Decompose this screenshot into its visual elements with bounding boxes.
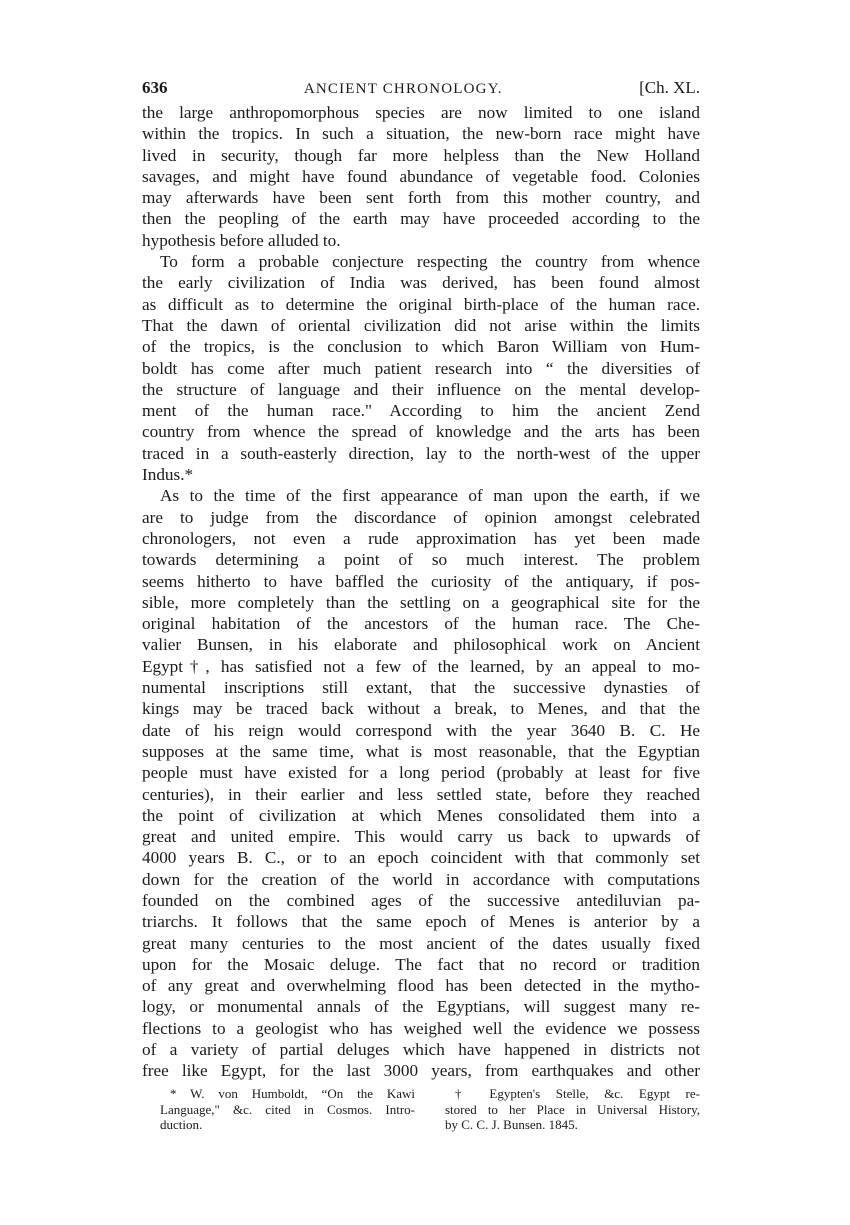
text-line: logy, or monumental annals of the Egypti… <box>142 996 700 1017</box>
footnote-line: stored to her Place in Universal History… <box>445 1102 700 1118</box>
text-line: Indus.* <box>142 464 700 485</box>
text-line: the point of civilization at which Menes… <box>142 805 700 826</box>
footnote-line: Language," &c. cited in Cosmos. Intro- <box>160 1102 415 1118</box>
text-line: of a variety of partial deluges which ha… <box>142 1039 700 1060</box>
body-text: the large anthropomorphous species are n… <box>142 102 700 1082</box>
text-line: seems hitherto to have baffled the curio… <box>142 571 700 592</box>
text-line: Egypt†, has satisfied not a few of the l… <box>142 656 700 677</box>
chapter-label: [Ch. XL. <box>639 78 700 98</box>
text-line: of any great and overwhelming flood has … <box>142 975 700 996</box>
text-line: are to judge from the discordance of opi… <box>142 507 700 528</box>
footnote-bunsen: † Egypten's Stelle, &c. Egypt re- stored… <box>445 1086 700 1133</box>
text-line: great many centuries to the most ancient… <box>142 933 700 954</box>
text-line: chronologers, not even a rude approximat… <box>142 528 700 549</box>
text-line: may afterwards have been sent forth from… <box>142 187 700 208</box>
text-line: ment of the human race." According to hi… <box>142 400 700 421</box>
text-line: sible, more completely than the settling… <box>142 592 700 613</box>
text-line: founded on the combined ages of the succ… <box>142 890 700 911</box>
text-line: boldt has come after much patient resear… <box>142 358 700 379</box>
text-line: the early civilization of India was deri… <box>142 272 700 293</box>
text-line: the structure of language and their infl… <box>142 379 700 400</box>
text-line: valier Bunsen, in his elaborate and phil… <box>142 634 700 655</box>
text-line: then the peopling of the earth may have … <box>142 208 700 229</box>
footnote-line: duction. <box>160 1117 415 1133</box>
text-line: the large anthropomorphous species are n… <box>142 102 700 123</box>
text-line: flections to a geologist who has weighed… <box>142 1018 700 1039</box>
text-line: kings may be traced back without a break… <box>142 698 700 719</box>
text-line: That the dawn of oriental civilization d… <box>142 315 700 336</box>
text-line: great and united empire. This would carr… <box>142 826 700 847</box>
footnote-humboldt: * W. von Humboldt, “On the Kawi Language… <box>160 1086 415 1133</box>
text-line: free like Egypt, for the last 3000 years… <box>142 1060 700 1081</box>
running-head-title: ANCIENT CHRONOLOGY. <box>304 81 503 98</box>
text-line: traced in a south-easterly direction, la… <box>142 443 700 464</box>
text-line: towards determining a point of so much i… <box>142 549 700 570</box>
text-line: of the tropics, is the conclusion to whi… <box>142 336 700 357</box>
footnote-line: * W. von Humboldt, “On the Kawi <box>160 1086 415 1102</box>
footnote-line: by C. C. J. Bunsen. 1845. <box>445 1117 700 1133</box>
text-line: supposes at the same time, what is most … <box>142 741 700 762</box>
text-line: 4000 years B. C., or to an epoch coincid… <box>142 847 700 868</box>
text-line: as difficult as to determine the origina… <box>142 294 700 315</box>
text-line: within the tropics. In such a situation,… <box>142 123 700 144</box>
text-line: down for the creation of the world in ac… <box>142 869 700 890</box>
text-line: centuries), in their earlier and less se… <box>142 784 700 805</box>
text-line: country from whence the spread of knowle… <box>142 421 700 442</box>
text-line: hypothesis before alluded to. <box>142 230 700 251</box>
text-line: people must have existed for a long peri… <box>142 762 700 783</box>
book-page: 636 ANCIENT CHRONOLOGY. [Ch. XL. the lar… <box>142 78 700 1082</box>
text-line: triarchs. It follows that the same epoch… <box>142 911 700 932</box>
text-line: numental inscriptions still extant, that… <box>142 677 700 698</box>
page-number: 636 <box>142 78 168 98</box>
text-line: date of his reign would correspond with … <box>142 720 700 741</box>
paragraph-start-line: To form a probable conjecture respecting… <box>142 251 700 272</box>
running-header: 636 ANCIENT CHRONOLOGY. [Ch. XL. <box>142 78 700 102</box>
text-line: original habitation of the ancestors of … <box>142 613 700 634</box>
text-line: savages, and might have found abundance … <box>142 166 700 187</box>
paragraph-start-line: As to the time of the first appearance o… <box>142 485 700 506</box>
text-line: lived in security, though far more helpl… <box>142 145 700 166</box>
text-line: upon for the Mosaic deluge. The fact tha… <box>142 954 700 975</box>
footnote-line: † Egypten's Stelle, &c. Egypt re- <box>445 1086 700 1102</box>
footnotes: * W. von Humboldt, “On the Kawi Language… <box>160 1086 700 1133</box>
